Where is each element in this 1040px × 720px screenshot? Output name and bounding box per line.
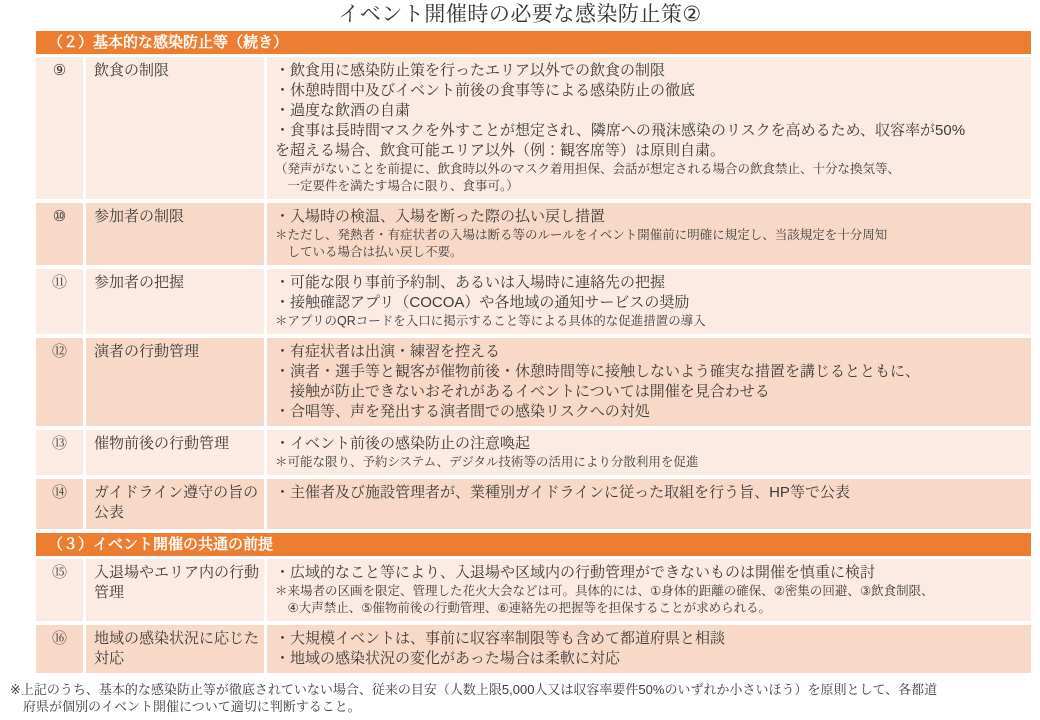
row-number: ⑩ xyxy=(36,203,83,265)
row-label: ガイドライン遵守の旨の公表 xyxy=(86,479,264,529)
content-line: ・地域の感染状況の変化があった場合は柔軟に対応 xyxy=(275,649,1023,669)
row-content: ・主催者及び施設管理者が、業種別ガイドラインに従った取組を行う旨、HP等で公表 xyxy=(267,479,1031,529)
row-number: ⑪ xyxy=(36,269,83,334)
row-label: 参加者の把握 xyxy=(86,269,264,334)
slide: イベント開催時の必要な感染防止策② （２）基本的な感染防止等（続き） ⑨ 飲食の… xyxy=(0,2,1040,720)
row-content: ・大規模イベントは、事前に収容率制限等も含めて都道府県と相談 ・地域の感染状況の… xyxy=(267,625,1031,673)
table-row: ⑪ 参加者の把握 ・可能な限り事前予約制、あるいは入場時に連絡先の把握 ・接触確… xyxy=(36,269,1031,334)
content-line: ・可能な限り事前予約制、あるいは入場時に連絡先の把握 xyxy=(275,273,1023,293)
content-line: ・イベント前後の感染防止の注意喚起 xyxy=(275,434,1023,454)
table-row: ⑨ 飲食の制限 ・飲食用に感染防止策を行ったエリア以外での飲食の制限 ・休憩時間… xyxy=(36,57,1031,199)
row-label: 催物前後の行動管理 xyxy=(86,430,264,475)
content-note: ＊来場者の区画を限定、管理した花火大会などは可。具体的には、①身体的距離の確保、… xyxy=(275,583,1023,600)
content-line: ・接触確認アプリ（COCOA）や各地域の通知サービスの奨励 xyxy=(275,293,1023,313)
row-number: ⑭ xyxy=(36,479,83,529)
content-line: ・広域的なこと等により、入退場や区域内の行動管理ができないものは開催を慎重に検討 xyxy=(275,563,1023,583)
content-line: ・大規模イベントは、事前に収容率制限等も含めて都道府県と相談 xyxy=(275,629,1023,649)
content-note: 一定要件を満たす場合に限り、食事可。） xyxy=(275,178,1023,195)
row-label: 地域の感染状況に応じた対応 xyxy=(86,625,264,673)
row-content: ・広域的なこと等により、入退場や区域内の行動管理ができないものは開催を慎重に検討… xyxy=(267,559,1031,621)
content-line: ・演者・選手等と観客が催物前後・休憩時間等に接触しないよう確実な措置を講じるとと… xyxy=(275,362,1023,382)
row-number: ⑫ xyxy=(36,338,83,426)
table-row: ⑫ 演者の行動管理 ・有症状者は出演・練習を控える ・演者・選手等と観客が催物前… xyxy=(36,338,1031,426)
content-line: ・入場時の検温、入場を断った際の払い戻し措置 xyxy=(275,207,1023,227)
row-content: ・入場時の検温、入場を断った際の払い戻し措置 ＊ただし、発熱者・有症状者の入場は… xyxy=(267,203,1031,265)
content-line: ・食事は長時間マスクを外すことが想定され、隣席への飛沫感染のリスクを高めるため、… xyxy=(275,121,1023,141)
footnote: ※上記のうち、基本的な感染防止等が徹底されていない場合、従来の目安（人数上限5,… xyxy=(10,681,1032,715)
row-content: ・有症状者は出演・練習を控える ・演者・選手等と観客が催物前後・休憩時間等に接触… xyxy=(267,338,1031,426)
content-note: ＊ただし、発熱者・有症状者の入場は断る等のルールをイベント開催前に明確に規定し、… xyxy=(275,227,1023,244)
page-title: イベント開催時の必要な感染防止策② xyxy=(0,2,1040,28)
content-line: ・休憩時間中及びイベント前後の食事等による感染防止の徹底 xyxy=(275,81,1023,101)
row-number: ⑨ xyxy=(36,57,83,199)
content-line: を超える場合、飲食可能エリア以外（例：観客席等）は原則自粛。 xyxy=(275,141,1023,161)
content-line: ・飲食用に感染防止策を行ったエリア以外での飲食の制限 xyxy=(275,61,1023,81)
table-row: ⑩ 参加者の制限 ・入場時の検温、入場を断った際の払い戻し措置 ＊ただし、発熱者… xyxy=(36,203,1031,265)
table-row: ⑭ ガイドライン遵守の旨の公表 ・主催者及び施設管理者が、業種別ガイドラインに従… xyxy=(36,479,1031,529)
row-number: ⑬ xyxy=(36,430,83,475)
table-row: ⑬ 催物前後の行動管理 ・イベント前後の感染防止の注意喚起 ＊可能な限り、予約シ… xyxy=(36,430,1031,475)
row-label: 演者の行動管理 xyxy=(86,338,264,426)
content-line: ・過度な飲酒の自粛 xyxy=(275,101,1023,121)
content-line: 接触が防止できないおそれがあるイベントについては開催を見合わせる xyxy=(275,382,1023,402)
content-note: ＊可能な限り、予約システム、デジタル技術等の活用により分散利用を促進 xyxy=(275,454,1023,471)
content-note: ④大声禁止、⑤催物前後の行動管理、⑥連絡先の把握等を担保することが求められる。 xyxy=(275,600,1023,617)
table-row: ⑮ 入退場やエリア内の行動管理 ・広域的なこと等により、入退場や区域内の行動管理… xyxy=(36,559,1031,621)
footnote-line: ※上記のうち、基本的な感染防止等が徹底されていない場合、従来の目安（人数上限5,… xyxy=(10,681,1032,698)
row-content: ・イベント前後の感染防止の注意喚起 ＊可能な限り、予約システム、デジタル技術等の… xyxy=(267,430,1031,475)
content-note: ＊アプリのQRコードを入口に掲示すること等による具体的な促進措置の導入 xyxy=(275,313,1023,330)
section-header-basic-measures: （２）基本的な感染防止等（続き） xyxy=(36,31,1031,54)
content-line: ・有症状者は出演・練習を控える xyxy=(275,342,1023,362)
content-line: ・主催者及び施設管理者が、業種別ガイドラインに従った取組を行う旨、HP等で公表 xyxy=(275,483,1023,503)
section-header-common-premise: （３）イベント開催の共通の前提 xyxy=(36,533,1031,556)
footnote-line: 府県が個別のイベント開催について適切に判断すること。 xyxy=(10,698,1032,715)
row-number: ⑮ xyxy=(36,559,83,621)
row-content: ・飲食用に感染防止策を行ったエリア以外での飲食の制限 ・休憩時間中及びイベント前… xyxy=(267,57,1031,199)
content-line: ・合唱等、声を発出する演者間での感染リスクへの対処 xyxy=(275,402,1023,422)
row-label: 飲食の制限 xyxy=(86,57,264,199)
content-note: （発声がないことを前提に、飲食時以外のマスク着用担保、会話が想定される場合の飲食… xyxy=(275,161,1023,178)
row-label: 入退場やエリア内の行動管理 xyxy=(86,559,264,621)
row-label: 参加者の制限 xyxy=(86,203,264,265)
row-content: ・可能な限り事前予約制、あるいは入場時に連絡先の把握 ・接触確認アプリ（COCO… xyxy=(267,269,1031,334)
content-note: している場合は払い戻し不要。 xyxy=(275,244,1023,261)
table-row: ⑯ 地域の感染状況に応じた対応 ・大規模イベントは、事前に収容率制限等も含めて都… xyxy=(36,625,1031,673)
measures-table: （２）基本的な感染防止等（続き） ⑨ 飲食の制限 ・飲食用に感染防止策を行ったエ… xyxy=(36,31,1031,673)
row-number: ⑯ xyxy=(36,625,83,673)
